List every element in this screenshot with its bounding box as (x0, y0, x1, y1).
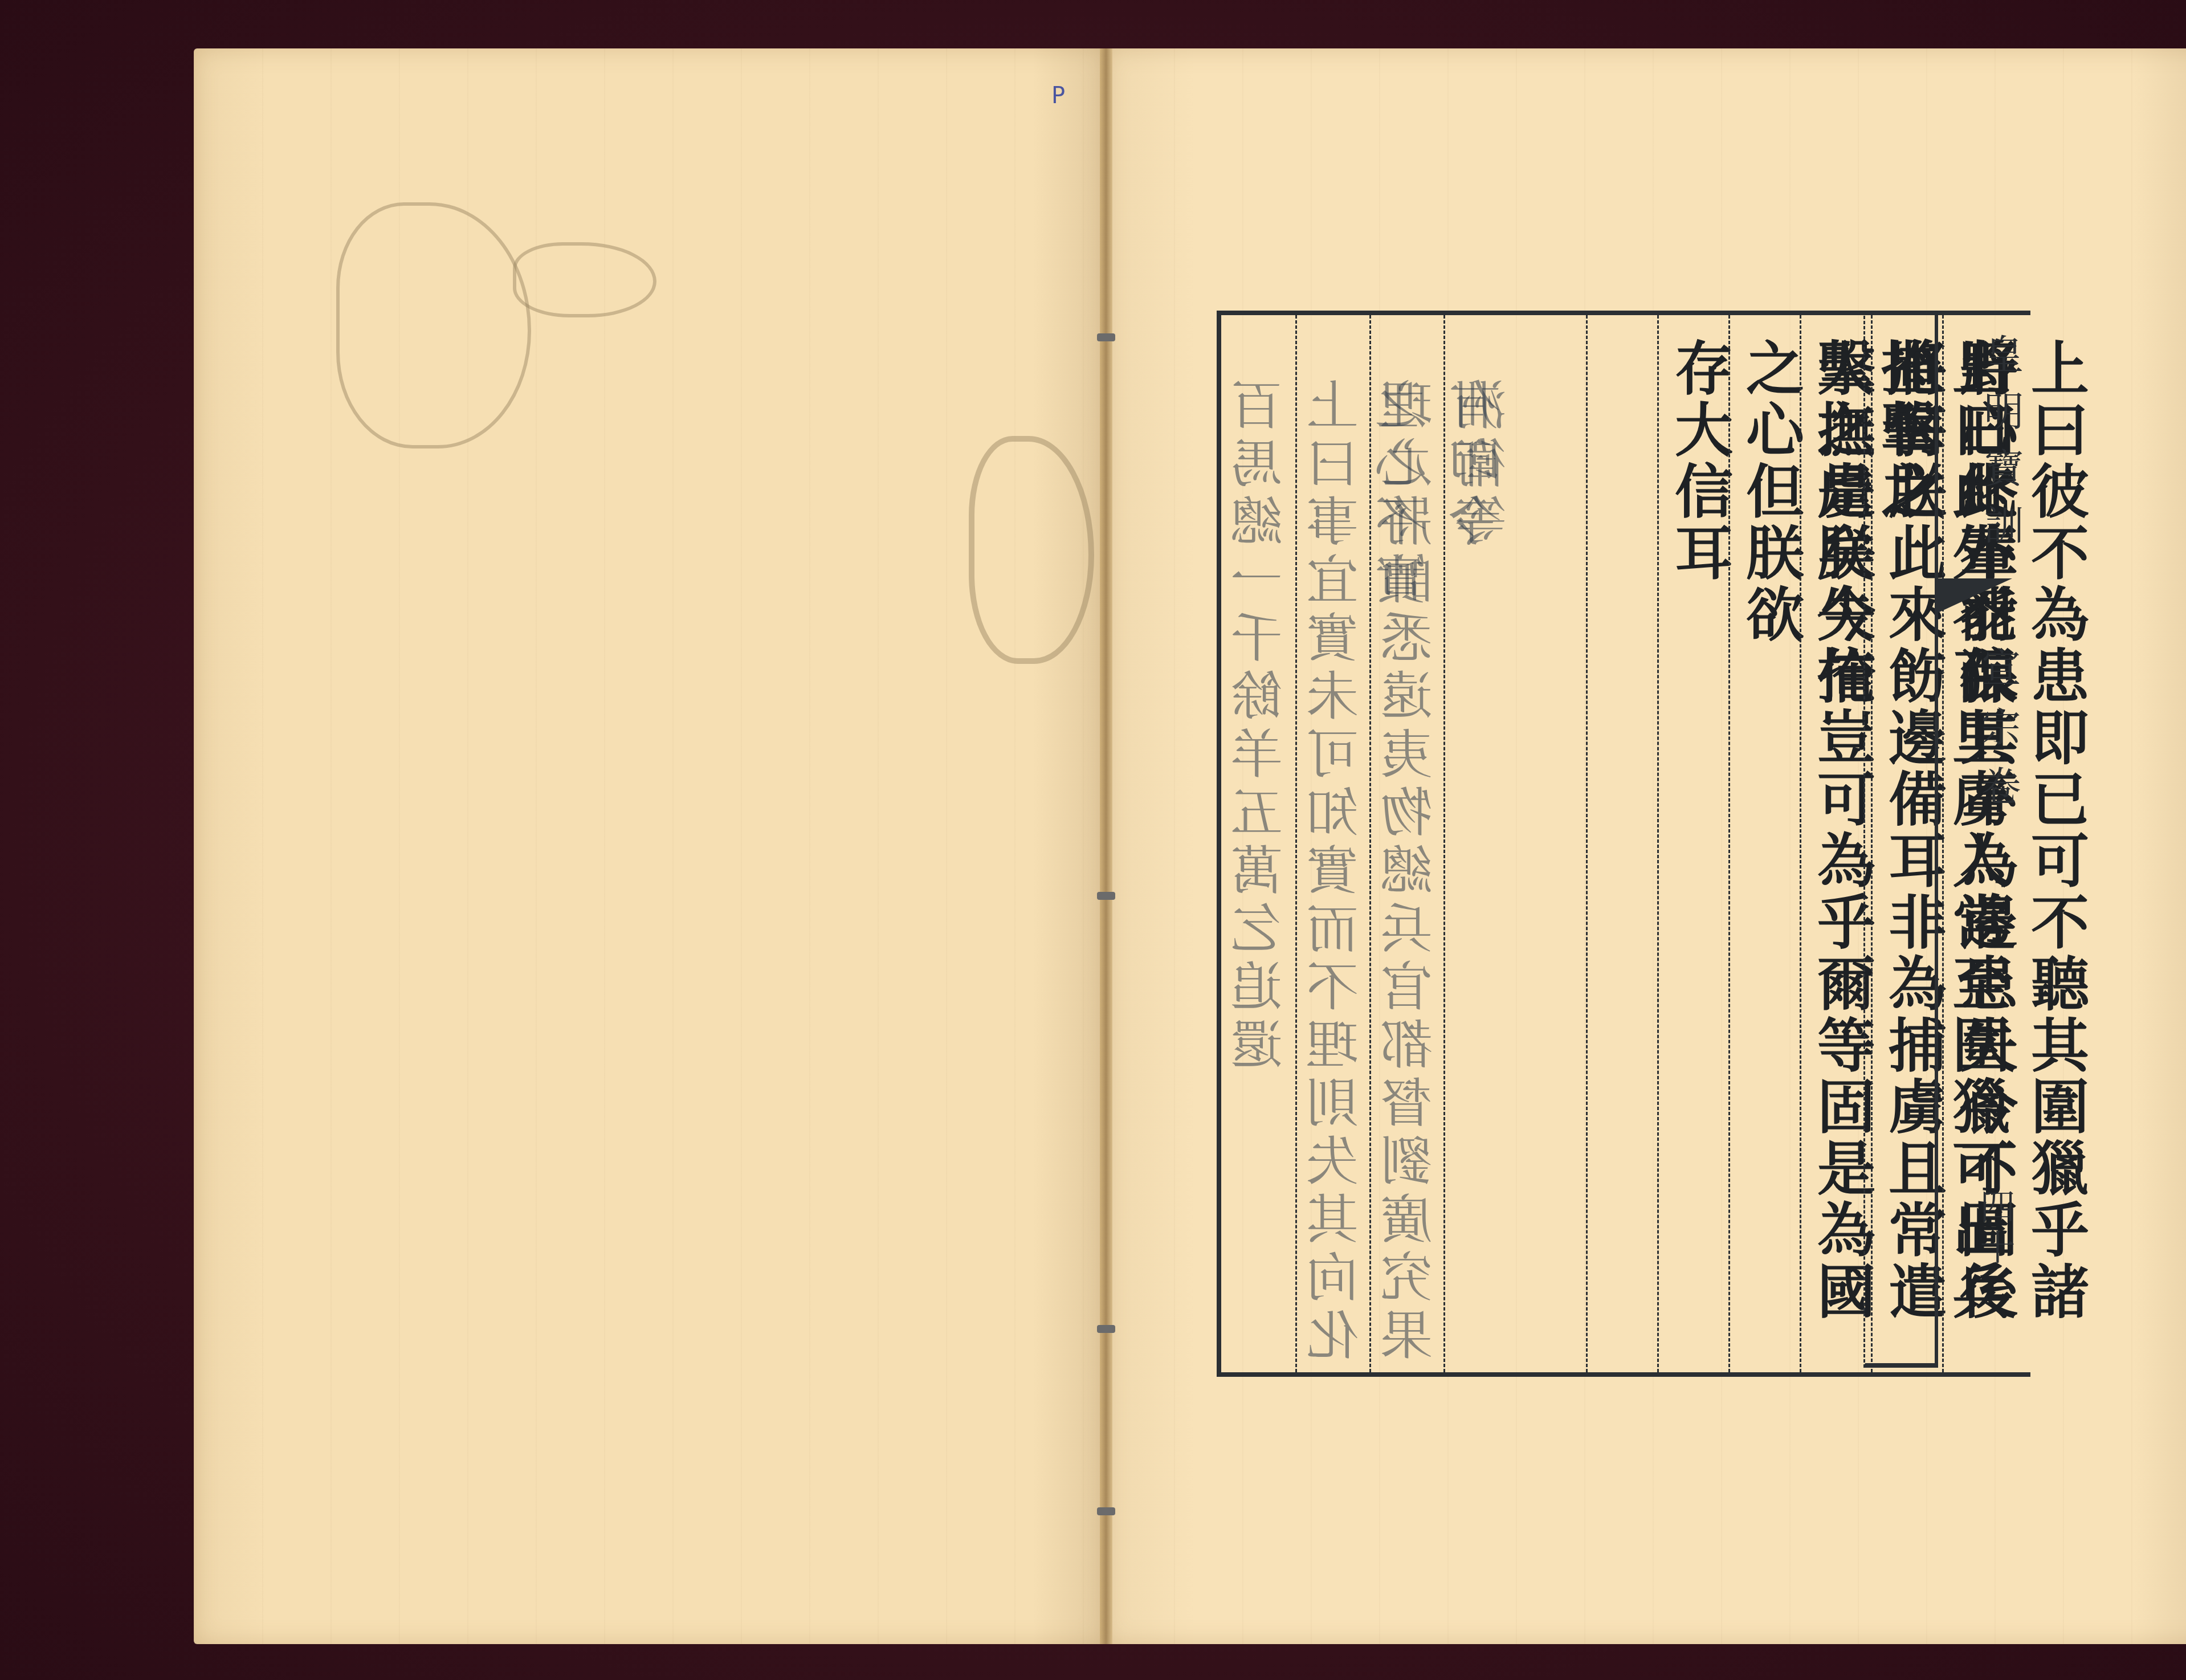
show-through-column: 百馬總一千餘羊五萬乞追還 (1221, 315, 1295, 1372)
banxin-section: 宣宗卷 (1969, 647, 2027, 825)
water-stain (969, 436, 1094, 664)
banxin-title: 皇明寶訓 (1972, 333, 2030, 561)
text-column: 上曰朕此來飭邊備耳非為捕虜且常遣人撫虜矣今掩 (1800, 315, 1871, 1372)
banxin-center-column: 皇明寶訓 宣宗卷 四十 (1935, 311, 2024, 1368)
pencil-mark: P (1051, 83, 1065, 109)
text-column: 上曰此外不百里虜人常至圍獵可出兵掩擊之 (1863, 311, 1935, 1368)
binding-stitch (1097, 1507, 1115, 1515)
show-through-column: 上曰事宜實未可知實而不理則失其向化之心不實 (1295, 315, 1369, 1372)
binding-stitch (1097, 1325, 1115, 1333)
left-page: P (194, 48, 1106, 1644)
show-through-column: 洲衛等 (1443, 315, 1518, 1372)
binding-stitch (1097, 333, 1115, 341)
water-stain (513, 242, 656, 317)
binding-stitch (1097, 892, 1115, 900)
water-stain (336, 202, 531, 448)
empty-column (1586, 315, 1657, 1372)
text-column: 存大信耳 (1657, 315, 1728, 1372)
book-spine (1100, 48, 1112, 1644)
page-number: 四十 (1969, 1188, 2020, 1270)
text-column: 擊之是朕失信豈可為乎爾等固是為國之心但朕欲 (1728, 315, 1800, 1372)
show-through-column: 理之將帥悉遠夷物總兵官都督劉廣究果有印令 (1369, 315, 1443, 1372)
fishtail-mark (1938, 578, 2012, 613)
